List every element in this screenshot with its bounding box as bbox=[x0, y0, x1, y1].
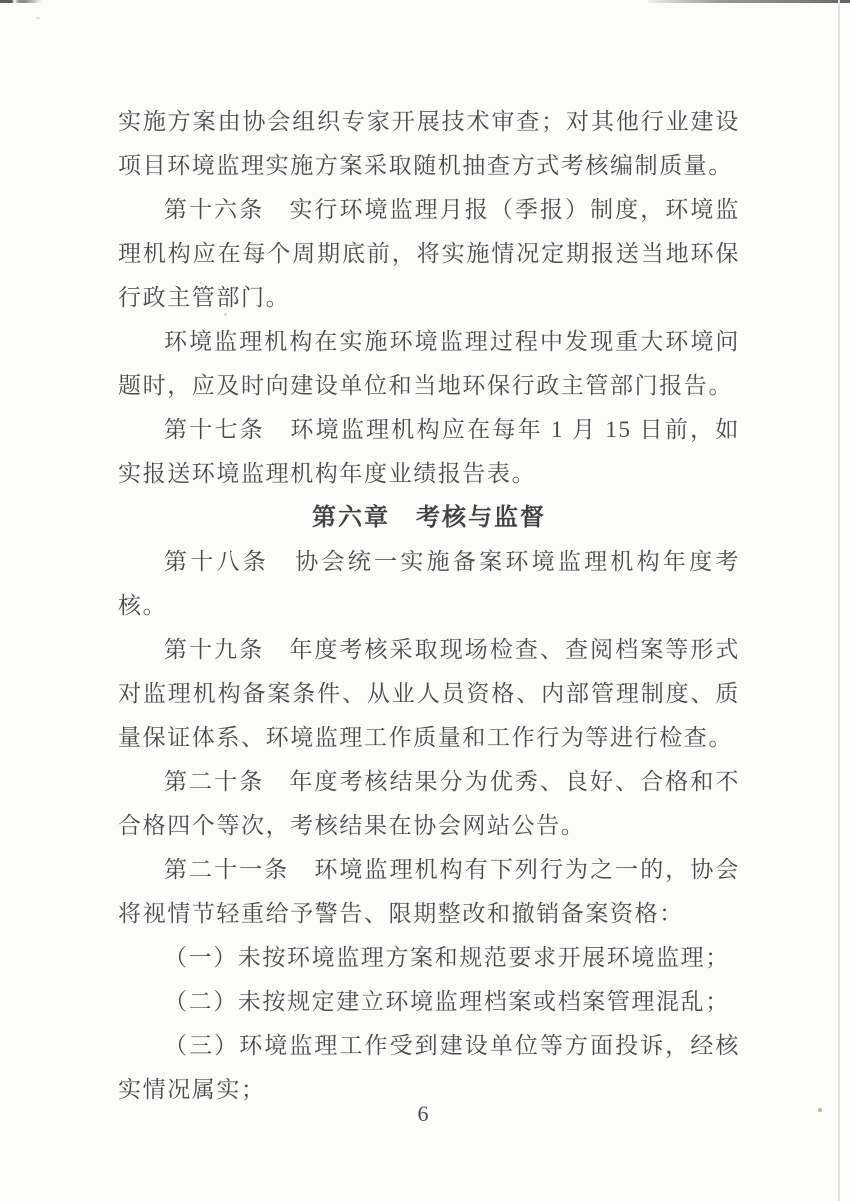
clause-item-1: （一）未按环境监理方案和规范要求开展环境监理； bbox=[118, 936, 740, 980]
body-paragraph-continued: 实施方案由协会组织专家开展技术审查；对其他行业建设项目环境监理实施方案采取随机抽… bbox=[118, 100, 740, 188]
page-number: 6 bbox=[118, 1101, 728, 1127]
chapter-heading: 第六章 考核与监督 bbox=[118, 496, 740, 540]
body-paragraph-article-16: 第十六条 实行环境监理月报（季报）制度，环境监理机构应在每个周期底前，将实施情况… bbox=[118, 188, 740, 320]
scan-artifact-top-right-edge bbox=[648, 0, 850, 3]
scan-artifact-top-left-edge bbox=[0, 0, 42, 3]
scan-artifact-speck bbox=[818, 1108, 822, 1112]
clause-item-2: （二）未按规定建立环境监理档案或档案管理混乱； bbox=[118, 980, 740, 1024]
document-page: 实施方案由协会组织专家开展技术审查；对其他行业建设项目环境监理实施方案采取随机抽… bbox=[0, 0, 850, 1201]
body-paragraph-article-18: 第十八条 协会统一实施备案环境监理机构年度考核。 bbox=[118, 540, 740, 628]
scan-artifact-speck bbox=[36, 17, 40, 19]
clause-item-3: （三）环境监理工作受到建设单位等方面投诉，经核实情况属实； bbox=[118, 1024, 740, 1112]
body-paragraph-article-19: 第十九条 年度考核采取现场检查、查阅档案等形式对监理机构备案条件、从业人员资格、… bbox=[118, 628, 740, 760]
body-paragraph: 环境监理机构在实施环境监理过程中发现重大环境问题时，应及时向建设单位和当地环保行… bbox=[118, 320, 740, 408]
body-paragraph-article-17: 第十七条 环境监理机构应在每年 1 月 15 日前，如实报送环境监理机构年度业绩… bbox=[118, 408, 740, 496]
document-body: 实施方案由协会组织专家开展技术审查；对其他行业建设项目环境监理实施方案采取随机抽… bbox=[118, 100, 740, 1112]
body-paragraph-article-20: 第二十条 年度考核结果分为优秀、良好、合格和不合格四个等次，考核结果在协会网站公… bbox=[118, 760, 740, 848]
body-paragraph-article-21: 第二十一条 环境监理机构有下列行为之一的，协会将视情节轻重给予警告、限期整改和撤… bbox=[118, 848, 740, 936]
scan-artifact-right-edge-line bbox=[838, 0, 840, 1201]
